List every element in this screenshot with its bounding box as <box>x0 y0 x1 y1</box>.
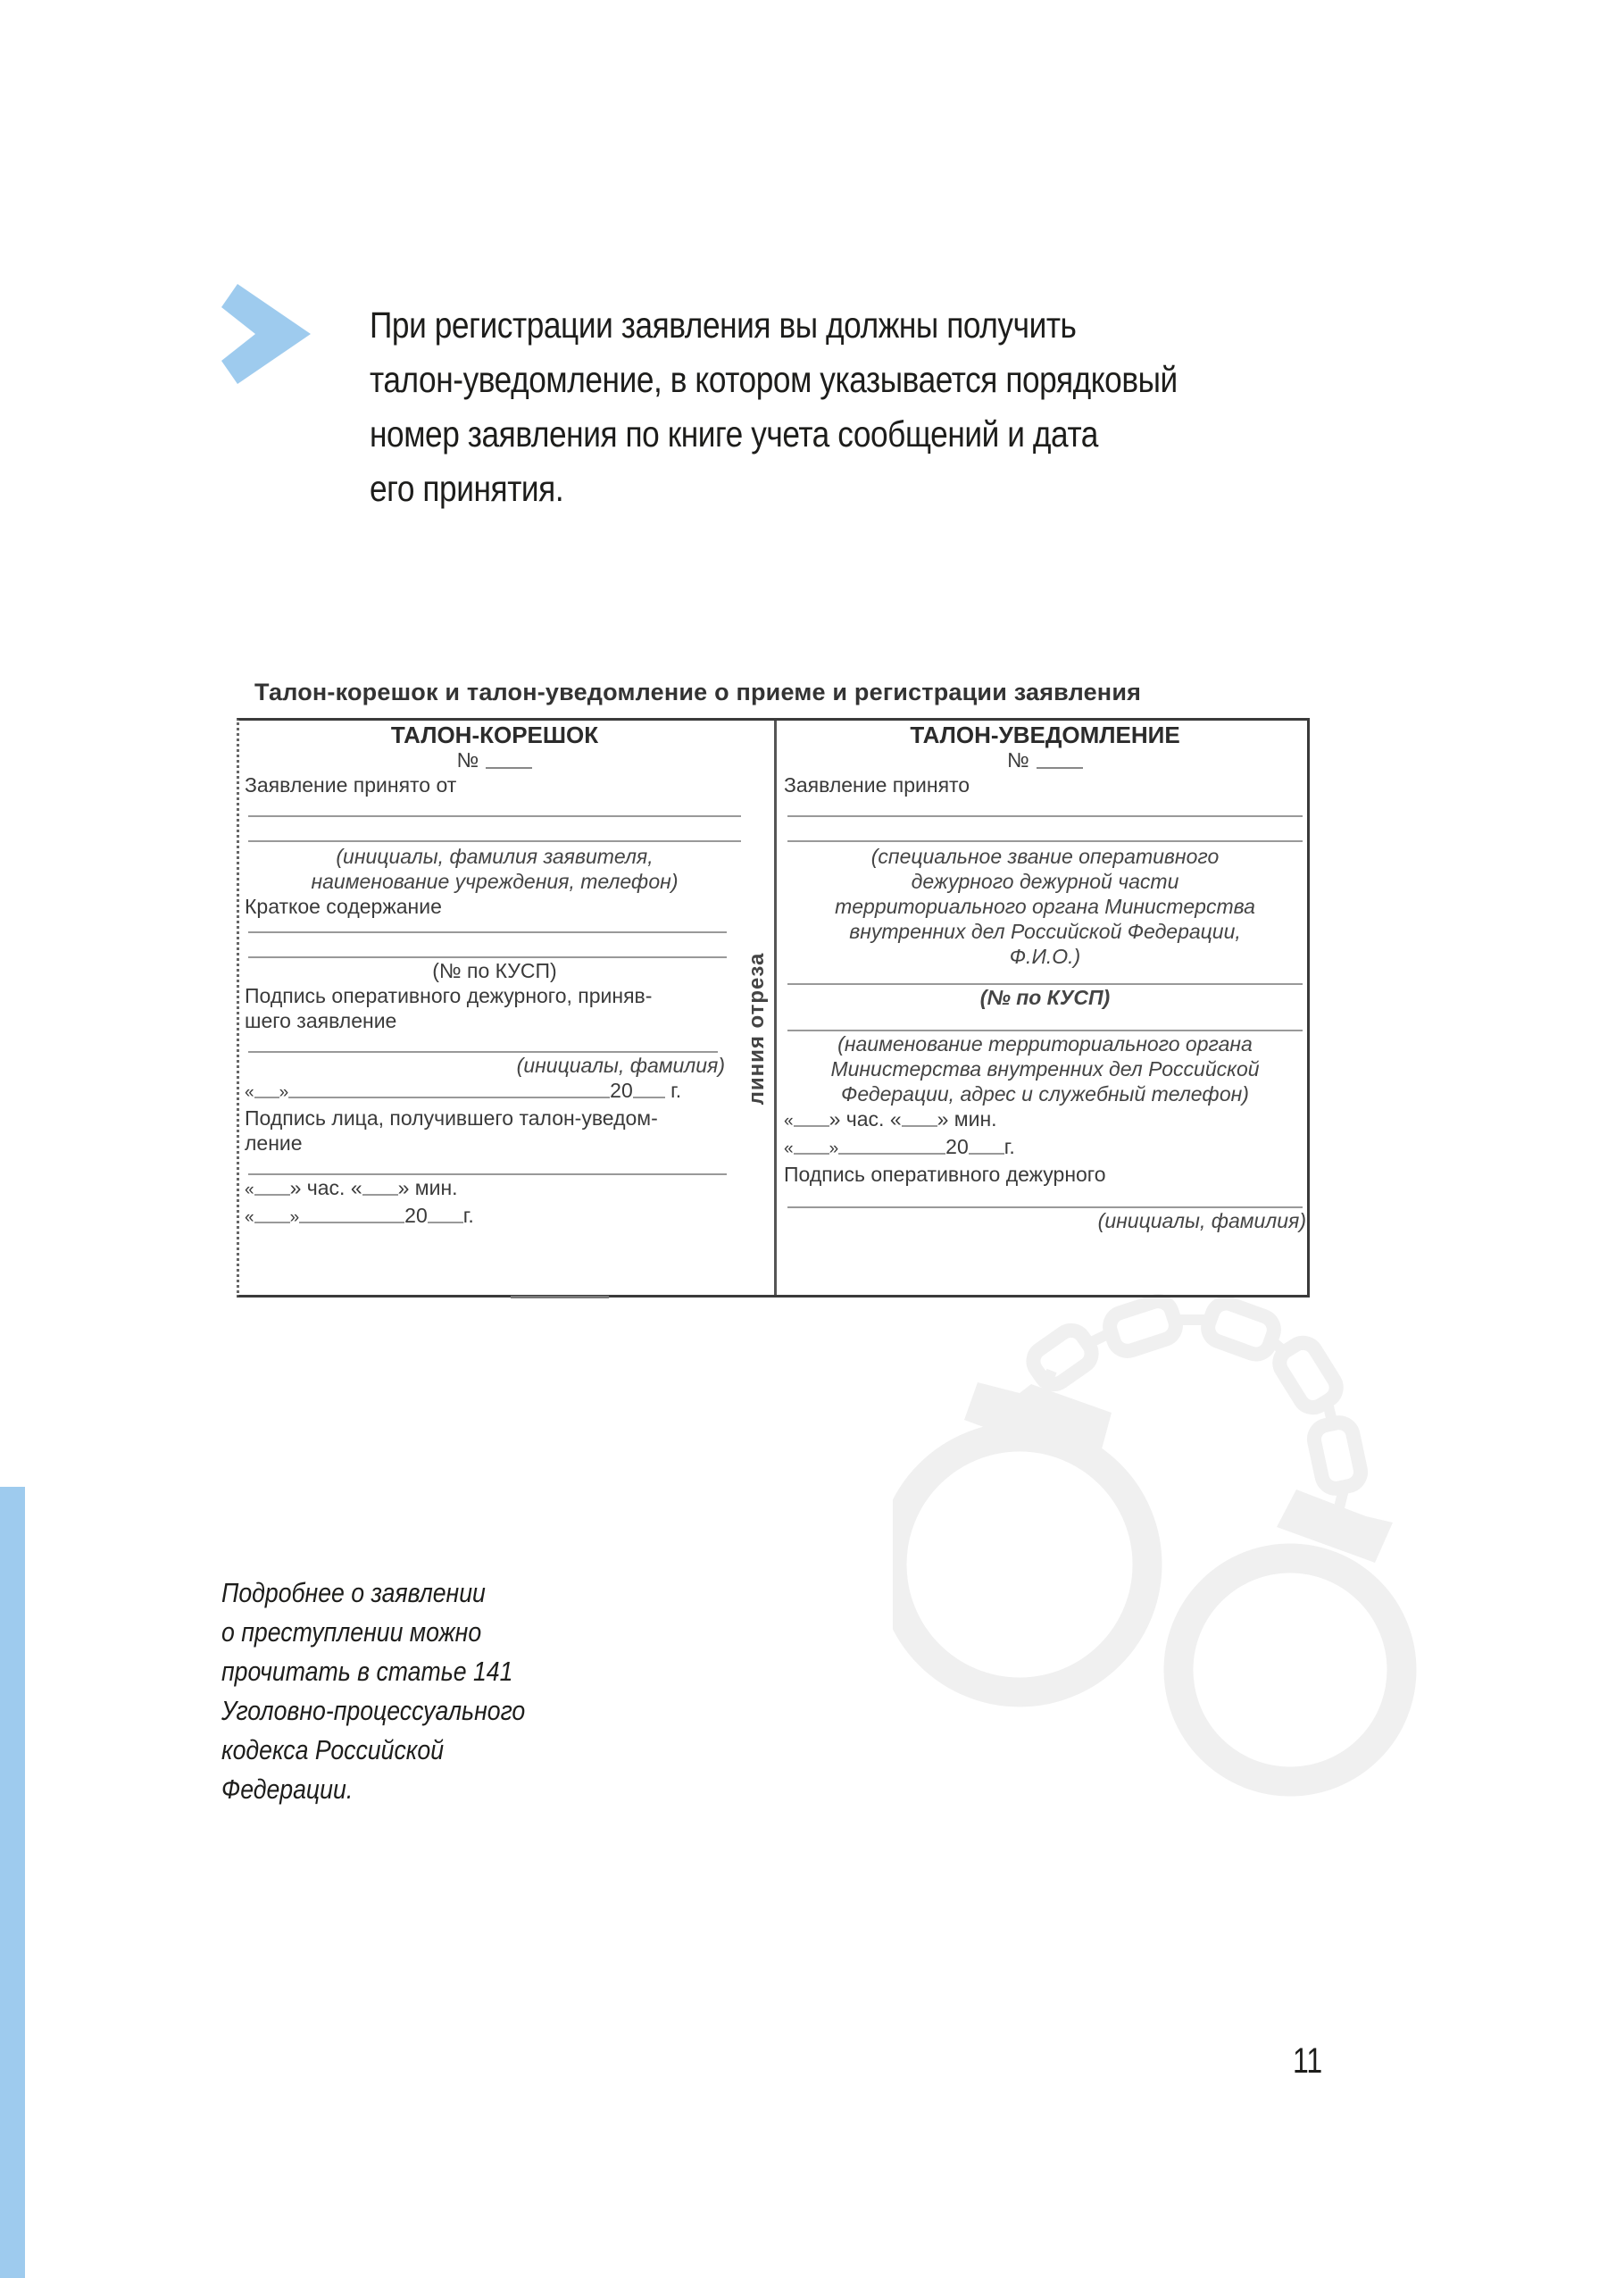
notice-heading: ТАЛОН-УВЕДОМЛЕНИЕ <box>784 722 1306 747</box>
lead-paragraph: При регистрации заявления вы должны полу… <box>370 298 1253 516</box>
side-note-line: Федерации. <box>221 1770 525 1809</box>
notice-number: № <box>784 747 1306 772</box>
lead-line: При регистрации заявления вы должны полу… <box>370 298 1253 353</box>
side-note-line: кодекса Российской <box>221 1731 525 1770</box>
side-accent-bar <box>0 1487 25 2278</box>
registration-form: ТАЛОН-КОРЕШОК № Заявление принято от (ин… <box>237 718 1310 1298</box>
side-note: Подробнее о заявлении о преступлении мож… <box>221 1573 525 1809</box>
stub-officer-signature-2: шего заявление <box>245 1008 745 1033</box>
notice-day-field[interactable] <box>794 1153 829 1155</box>
notice-date-row: «»20г. <box>784 1134 1306 1162</box>
stub-year-field-2[interactable] <box>428 1222 463 1223</box>
stub-applicant-hint-2: наименование учреждения, телефон) <box>245 869 745 894</box>
notice-rank-hint-4: внутренних дел Российской Федерации, <box>784 919 1306 944</box>
side-note-line: Уголовно-процессуального <box>221 1691 525 1731</box>
stub-month-field-2[interactable] <box>299 1222 404 1223</box>
notice-hour-field[interactable] <box>794 1125 829 1127</box>
notice-officer-line-2[interactable] <box>787 840 1303 842</box>
notice-rank-hint-3: территориального органа Министерства <box>784 894 1306 919</box>
notice-month-field[interactable] <box>838 1153 945 1155</box>
stub-month-field[interactable] <box>288 1097 610 1098</box>
stub-applicant-line-2[interactable] <box>248 840 741 842</box>
side-note-line: Подробнее о заявлении <box>221 1573 525 1613</box>
page-number: 11 <box>1293 2041 1322 2082</box>
lead-line: его принятия. <box>370 462 1253 516</box>
stub-column: ТАЛОН-КОРЕШОК № Заявление принято от (ин… <box>245 721 745 1231</box>
stub-receiver-signature-2: ление <box>245 1131 745 1156</box>
stub-kusp-hint: (№ по КУСП) <box>245 958 745 983</box>
form-title: Талон-корешок и талон-уведомление о прие… <box>254 679 1141 706</box>
stub-summary-label: Краткое содержание <box>245 894 745 919</box>
stub-hour-field[interactable] <box>254 1194 290 1196</box>
notice-officer-signature: Подпись оперативного дежурного <box>784 1162 1306 1187</box>
notice-org-hint-2: Министерства внутренних дел Российской <box>784 1056 1306 1081</box>
notice-time-row: «» час. «» мин. <box>784 1106 1306 1134</box>
stub-heading: ТАЛОН-КОРЕШОК <box>245 722 745 747</box>
stub-year-field[interactable] <box>633 1097 665 1098</box>
stub-receiver-signature-1: Подпись лица, получившего талон-уведом- <box>245 1106 745 1131</box>
chevron-right-icon <box>218 280 316 389</box>
stub-number-field[interactable] <box>486 767 532 769</box>
stub-day-field[interactable] <box>254 1097 279 1098</box>
notice-minute-field[interactable] <box>902 1125 937 1127</box>
stub-day-field-2[interactable] <box>254 1222 290 1223</box>
notice-year-field[interactable] <box>969 1153 1004 1155</box>
notice-org-hint-1: (наименование территориального органа <box>784 1031 1306 1056</box>
form-bottom-mark <box>511 1296 609 1298</box>
notice-column: ТАЛОН-УВЕДОМЛЕНИЕ № Заявление принято (с… <box>784 721 1306 1233</box>
stub-accepted-from: Заявление принято от <box>245 772 745 797</box>
stub-initials-hint: (инициалы, фамилия) <box>245 1053 745 1078</box>
lead-line: талон-уведомление, в котором указывается… <box>370 353 1253 407</box>
stub-date-row-2: «»20г. <box>245 1203 745 1231</box>
stub-applicant-hint-1: (инициалы, фамилия заявителя, <box>245 844 745 869</box>
notice-rank-hint-5: Ф.И.О.) <box>784 944 1306 969</box>
stub-minute-field[interactable] <box>362 1194 398 1196</box>
notice-rank-hint-1: (специальное звание оперативного <box>784 844 1306 869</box>
notice-org-hint-3: Федерации, адрес и служебный телефон) <box>784 1081 1306 1106</box>
stub-date-row: «»20 г. <box>245 1078 745 1106</box>
stub-officer-signature-1: Подпись оперативного дежурного, приняв- <box>245 983 745 1008</box>
notice-initials-hint: (инициалы, фамилия) <box>784 1208 1306 1233</box>
stub-number: № <box>245 747 745 772</box>
handcuffs-icon <box>893 1286 1624 2278</box>
stub-time-row: «» час. «» мин. <box>245 1175 745 1203</box>
notice-rank-hint-2: дежурного дежурной части <box>784 869 1306 894</box>
notice-accepted: Заявление принято <box>784 772 1306 797</box>
lead-line: номер заявления по книге учета сообщений… <box>370 407 1253 462</box>
notice-kusp-hint: (№ по КУСП) <box>784 985 1306 1010</box>
notice-number-field[interactable] <box>1037 767 1083 769</box>
cut-line-label: линия отреза <box>739 948 775 1109</box>
side-note-line: прочитать в статье 141 <box>221 1652 525 1691</box>
side-note-line: о преступлении можно <box>221 1613 525 1652</box>
